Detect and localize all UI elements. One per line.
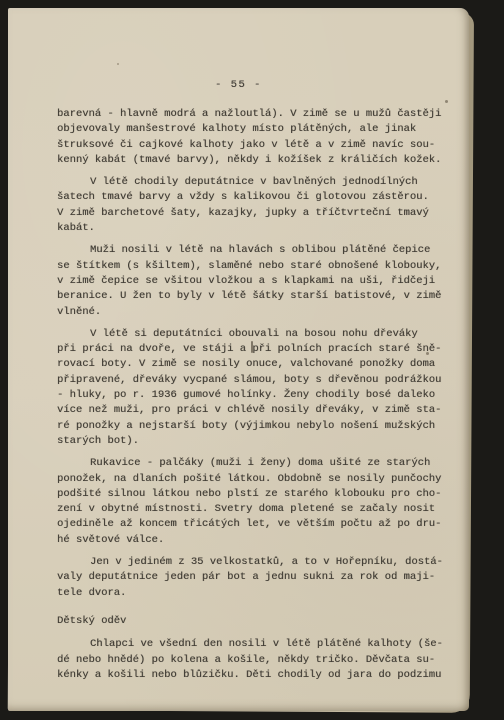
text-line: V létě si deputátníci obouvali na bosou …: [57, 327, 455, 342]
page-number: - 55 -: [215, 79, 262, 91]
text-line: vlněné.: [57, 305, 455, 320]
text-line: kabát.: [57, 221, 455, 236]
scanned-book-photo: - 55 - barevná - hlavně modrá a nažloutl…: [0, 0, 504, 720]
text-line: štruksové či cajkové kalhoty jako v létě…: [57, 138, 455, 153]
paragraph: Jen v jediném z 35 velkostatků, a to v H…: [57, 555, 455, 601]
section-heading: Dětský oděv: [57, 614, 455, 629]
text-line: V zimě barchetové šaty, kazajky, jupky a…: [57, 206, 455, 221]
text-line: připravené, dřeváky vycpané slámou, boty…: [57, 373, 455, 388]
text-line: ponožek, na dlaních pošité látkou. Obdob…: [57, 472, 455, 487]
text-line: při práci na dvoře, ve stáji a při polní…: [57, 342, 455, 357]
scan-speck: [117, 63, 119, 65]
text-line: podšité silnou látkou nebo plstí ze star…: [57, 487, 455, 502]
text-line: objevovaly manšestrové kalhoty místo plá…: [57, 122, 455, 137]
text-line: starých bot).: [57, 434, 455, 449]
paragraph: V létě chodily deputátnice v bavlněných …: [57, 175, 455, 236]
text-line: více než muži, pro práci v chlévě nosily…: [57, 403, 455, 418]
text-line: kénky a košili nebo blůzičku. Děti chodi…: [57, 668, 455, 683]
text-line: se štítkem (s kšiltem), slaměné nebo sta…: [57, 259, 455, 274]
text-line: šatech tmavé barvy a vždy s kalikovou či…: [57, 190, 455, 205]
scan-speck: [445, 100, 448, 103]
text-line: Rukavice - palčáky (muži i ženy) doma uš…: [57, 456, 455, 471]
text-line: V létě chodily deputátnice v bavlněných …: [57, 175, 455, 190]
text-line: valy deputátnice jeden pár bot a jednu s…: [57, 570, 455, 585]
paragraph: Rukavice - palčáky (muži i ženy) doma uš…: [57, 456, 455, 548]
text-line: zení v obytné místnosti. Svetry doma ple…: [57, 502, 455, 517]
text-line: ré ponožky a nejstarší boty (výjimkou ne…: [57, 419, 455, 434]
text-line: Chlapci ve všední den nosili v létě plát…: [57, 637, 455, 652]
paragraph-continuation: barevná - hlavně modrá a nažloutlá). V z…: [57, 107, 455, 168]
text-line: hé světové válce.: [57, 533, 455, 548]
page-text: barevná - hlavně modrá a nažloutlá). V z…: [57, 107, 455, 690]
book-page: - 55 - barevná - hlavně modrá a nažloutl…: [8, 8, 469, 711]
text-line: dé nebo hnědé) po kolena a košile, někdy…: [57, 653, 455, 668]
paragraph: V létě si deputátníci obouvali na bosou …: [57, 327, 455, 449]
scan-speck: [426, 352, 429, 355]
text-line: barevná - hlavně modrá a nažloutlá). V z…: [57, 107, 455, 122]
text-line: beranice. U žen to byly v létě šátky sta…: [57, 289, 455, 304]
text-line: - hluky, po r. 1936 gumové holínky. Ženy…: [57, 388, 455, 403]
paragraph: Chlapci ve všední den nosili v létě plát…: [57, 637, 455, 683]
text-line: kenný kabát (tmavé barvy), někdy i kožíš…: [57, 153, 455, 168]
text-line: tele dvora.: [57, 586, 455, 601]
text-line: ojediněle až koncem třicátých let, ve vě…: [57, 517, 455, 532]
text-line: v zimě čepice se všitou vložkou a s klap…: [57, 274, 455, 289]
text-line: rovací boty. V zimě se nosily onuce, val…: [57, 357, 455, 372]
scan-speck: [251, 341, 253, 353]
text-line: Muži nosili v létě na hlavách s oblibou …: [57, 243, 455, 258]
text-line: Jen v jediném z 35 velkostatků, a to v H…: [57, 555, 455, 570]
paragraph: Muži nosili v létě na hlavách s oblibou …: [57, 243, 455, 319]
